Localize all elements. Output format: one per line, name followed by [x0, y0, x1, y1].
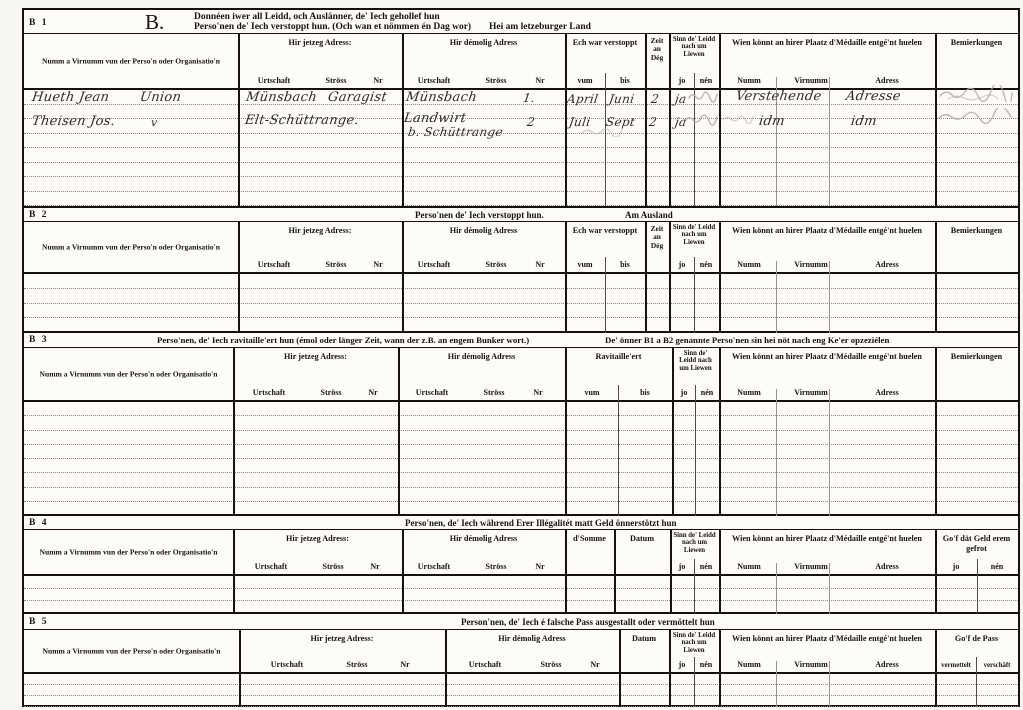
column-header-sinn: Sinn de' Leidd nach um Liewen	[672, 350, 719, 372]
section-title-right: Am Ausland	[625, 210, 673, 220]
handwriting-r2_name: Theisen Jos.	[31, 114, 116, 129]
section-b2: B 2 Perso'nen de' Iech verstoppt hun. Am…	[24, 206, 1018, 331]
column-divider	[445, 630, 447, 707]
column-divider	[776, 563, 777, 614]
table-row	[24, 459, 1018, 473]
column-header-name: Numm a Virnumm vun der Perso'n oder Orga…	[24, 547, 233, 557]
column-headers: Numm a Virnumm vun der Perso'n oder Orga…	[24, 34, 1018, 90]
table-row	[24, 163, 1018, 178]
sub-header-stross: Ströss	[471, 260, 521, 269]
column-header-wien: Wien könnt an hirer Plaatz d'Médaille en…	[719, 226, 935, 236]
column-header-datum: Datum	[614, 534, 670, 544]
section-b4: B 4 Perso'nen, de' Iech während Erer Ill…	[24, 514, 1018, 612]
column-divider	[565, 222, 567, 333]
table-row	[24, 192, 1018, 207]
column-divider	[565, 530, 567, 614]
column-header-sinn: Sinn de' Leidd nach um Liewen	[669, 36, 719, 58]
column-header-name: Numm a Virnumm vun der Perso'n oder Orga…	[24, 369, 233, 379]
table-row	[24, 304, 1018, 319]
sub-header-stross: Ströss	[332, 660, 382, 669]
column-header-demolig: Hir démolig Adress	[402, 534, 565, 544]
sub-header-nr: Nr	[350, 562, 400, 571]
table-row	[24, 134, 1018, 149]
sub-header-urtschaft: Urtschaft	[246, 562, 296, 571]
column-header-bem: Bemierkungen	[935, 38, 1018, 48]
column-divider	[776, 261, 777, 333]
sub-header-nen: nén	[972, 562, 1022, 571]
column-headers: Numm a Virnumm vun der Perso'n oder Orga…	[24, 630, 1018, 674]
sub-header-stross: Ströss	[471, 562, 521, 571]
column-header-demolig: Hir démolig Adress	[402, 38, 565, 48]
column-divider	[645, 34, 647, 206]
table-row	[24, 445, 1018, 459]
column-header-sinn: Sinn de' Leidd nach um Liewen	[670, 532, 719, 554]
column-header-bem: Bemierkungen	[935, 352, 1018, 362]
pencil-scribble	[722, 112, 754, 124]
column-divider	[672, 348, 674, 516]
column-header-zeit: ZeitanDég	[645, 225, 669, 250]
column-header-jetzeg: Hir jetzeg Adress:	[233, 352, 398, 362]
table-row	[24, 696, 1018, 707]
sub-header-nr: Nr	[515, 76, 565, 85]
pencil-scribble	[688, 89, 718, 103]
sub-header-nr: Nr	[348, 388, 398, 397]
sub-header-urtschaft: Urtschaft	[409, 260, 459, 269]
column-divider	[618, 385, 619, 516]
column-headers: Numm a Virnumm vun der Perso'n oder Orga…	[24, 222, 1018, 274]
section-title-line1: Perso'nen de' Iech verstoppt hun.	[415, 210, 544, 220]
section-b4-title-bar: B 4 Perso'nen, de' Iech während Erer Ill…	[24, 516, 1018, 530]
column-divider	[935, 530, 937, 614]
column-header-verstoppt: Ech war verstoppt	[565, 38, 645, 48]
sub-header-urtschaft: Urtschaft	[262, 660, 312, 669]
column-header-name: Numm a Virnumm vun der Perso'n oder Orga…	[24, 242, 238, 252]
column-header-verstoppt: Ech war verstoppt	[565, 226, 645, 236]
sub-header-stross: Ströss	[471, 76, 521, 85]
sub-header-verschaft: verschäft	[972, 662, 1022, 669]
section-big-letter: B.	[145, 10, 164, 35]
column-divider	[619, 630, 621, 707]
column-headers: Numm a Virnumm vun der Perso'n oder Orga…	[24, 530, 1018, 576]
column-divider	[719, 222, 721, 333]
column-divider	[402, 530, 404, 614]
column-divider	[238, 222, 240, 333]
column-divider	[719, 348, 721, 516]
column-divider	[719, 34, 721, 206]
section-title-line1: Perso'nen, de' Iech ravitaille'ert hun (…	[157, 335, 529, 345]
sub-header-numm: Numm	[724, 76, 774, 85]
section-title-line2: Perso'nen de' Iech verstoppt hun. (Och w…	[194, 22, 471, 32]
handwriting-r2_demolig_1: Landwirt	[403, 111, 467, 126]
handwriting-r2_jetzeg: Elt-Schüttrange.	[244, 113, 360, 128]
column-header-bem: Bemierkungen	[935, 226, 1018, 236]
sub-header-adress: Adress	[862, 660, 912, 669]
column-divider	[694, 257, 695, 333]
handwriting-r1_vum: April	[566, 92, 599, 106]
column-divider	[669, 222, 671, 333]
handwriting-r1_demolig: Münsbach	[405, 90, 478, 105]
sub-header-vum: vum	[567, 388, 617, 397]
column-header-demolig: Hir démolig Adress	[445, 634, 619, 644]
column-divider	[605, 73, 606, 206]
handwriting-r1_wien_adress: Adresse	[845, 89, 902, 104]
column-divider	[239, 630, 241, 707]
handwriting-r2_wien_adress: idm	[850, 114, 878, 129]
column-divider	[614, 530, 616, 614]
sub-header-urtschaft: Urtschaft	[409, 76, 459, 85]
section-b5: B 5 Person'nen, de' Iech é falsche Pass …	[24, 612, 1018, 705]
column-header-gof: Go'f dät Geld erem gefrot	[935, 534, 1018, 553]
handwriting-r1_wien_numm: Verstehende	[735, 89, 823, 104]
column-header-wien: Wien könnt an hirer Plaatz d'Médaille en…	[719, 352, 935, 362]
sub-header-urtschaft: Urtschaft	[244, 388, 294, 397]
section-tag: B 2	[29, 210, 48, 220]
section-title-line1: Person'nen, de' Iech é falsche Pass ausg…	[461, 617, 715, 627]
table-row	[24, 674, 1018, 685]
sub-header-nr: Nr	[515, 562, 565, 571]
table-row	[24, 685, 1018, 696]
sub-header-bis: bis	[600, 76, 650, 85]
section-tag: B 3	[29, 335, 48, 345]
sub-header-nr: Nr	[515, 260, 565, 269]
column-divider	[776, 389, 777, 516]
questionnaire-form-b: B 1 B. Donnéen iwer all Leidd, och Auslä…	[22, 8, 1020, 707]
column-divider	[565, 34, 567, 206]
column-header-datum: Datum	[619, 634, 669, 644]
entry-rows	[24, 90, 1018, 206]
sub-header-adress: Adress	[862, 388, 912, 397]
pencil-scribble	[684, 111, 718, 126]
column-divider	[402, 222, 404, 333]
sub-header-urtschaft: Urtschaft	[407, 388, 457, 397]
pencil-scribble	[936, 108, 1014, 124]
column-divider	[719, 530, 721, 614]
section-b2-title-bar: B 2 Perso'nen de' Iech verstoppt hun. Am…	[24, 208, 1018, 222]
column-header-wien: Wien könnt an hirer Plaatz d'Médaille en…	[719, 634, 935, 644]
column-divider	[669, 630, 671, 707]
section-tag: B 4	[29, 518, 48, 528]
column-divider	[935, 348, 937, 516]
column-header-wien: Wien könnt an hirer Plaatz d'Médaille en…	[719, 38, 935, 48]
column-headers: Numm a Virnumm vun der Perso'n oder Orga…	[24, 348, 1018, 402]
column-divider	[694, 559, 695, 614]
table-row	[24, 274, 1018, 289]
section-b3-title-bar: B 3 Perso'nen, de' Iech ravitaille'ert h…	[24, 333, 1018, 348]
sub-header-stross: Ströss	[469, 388, 519, 397]
sub-header-urtschaft: Urtschaft	[460, 660, 510, 669]
sub-header-numm: Numm	[724, 660, 774, 669]
column-divider	[670, 530, 672, 614]
column-divider	[829, 563, 830, 614]
table-row	[24, 416, 1018, 430]
sub-header-nr: Nr	[380, 660, 430, 669]
column-divider	[233, 348, 235, 516]
sub-header-numm: Numm	[724, 562, 774, 571]
column-divider	[645, 222, 647, 333]
sub-header-urtschaft: Urtschaft	[249, 76, 299, 85]
column-divider	[238, 34, 240, 206]
column-header-jetzeg: Hir jetzeg Adress:	[233, 534, 402, 544]
column-divider	[829, 661, 830, 707]
column-header-sinn: Sinn de' Leidd nach um Liewen	[669, 632, 719, 654]
column-divider	[719, 630, 721, 707]
column-divider	[605, 257, 606, 333]
table-row	[24, 576, 1018, 589]
column-divider	[977, 559, 978, 614]
sub-header-urtschaft: Urtschaft	[249, 260, 299, 269]
sub-header-adress: Adress	[862, 562, 912, 571]
handwriting-r2_bis: Sept	[605, 115, 636, 129]
section-b5-title-bar: B 5 Person'nen, de' Iech é falsche Pass …	[24, 614, 1018, 630]
table-row	[24, 402, 1018, 416]
column-divider	[694, 657, 695, 707]
sub-header-nr: Nr	[353, 76, 403, 85]
section-tag: B 1	[29, 18, 48, 28]
handwriting-r2_demolig_2: b. Schüttrange	[407, 125, 504, 139]
column-divider	[776, 661, 777, 707]
table-row	[24, 589, 1018, 602]
sub-header-nr: Nr	[353, 260, 403, 269]
handwriting-r1_bis: Juni	[608, 92, 635, 106]
entry-rows	[24, 674, 1018, 707]
column-divider	[565, 348, 567, 516]
pencil-scribble	[938, 85, 1014, 102]
column-header-jetzeg: Hir jetzeg Adress:	[239, 634, 445, 644]
column-header-demolig: Hir démolig Adress	[398, 352, 565, 362]
column-header-pass: Go'f de Pass	[935, 634, 1018, 644]
section-b1-title-bar: B 1 B. Donnéen iwer all Leidd, och Auslä…	[24, 10, 1018, 34]
column-divider	[829, 389, 830, 516]
column-divider	[233, 530, 235, 614]
table-row	[24, 148, 1018, 163]
sub-header-urtschaft: Urtschaft	[409, 562, 459, 571]
table-row	[24, 289, 1018, 304]
sub-header-adress: Adress	[862, 76, 912, 85]
sub-header-nr: Nr	[570, 660, 620, 669]
sub-header-bis: bis	[600, 260, 650, 269]
section-title-line1: Donnéen iwer all Leidd, och Auslänner, d…	[194, 12, 440, 22]
sub-header-nr: Nr	[513, 388, 563, 397]
column-divider	[695, 385, 696, 516]
section-b1: B 1 B. Donnéen iwer all Leidd, och Auslä…	[24, 10, 1018, 206]
column-divider	[935, 222, 937, 333]
column-divider	[935, 630, 937, 707]
table-row	[24, 177, 1018, 192]
handwriting-r1_org: Union	[139, 90, 182, 105]
handwriting-r1_jo: ja	[674, 92, 687, 106]
handwriting-r1_jetzeg_urtschaft: Münsbach	[245, 90, 318, 105]
handwriting-r2_org: v	[150, 116, 158, 129]
sub-header-stross: Ströss	[526, 660, 576, 669]
handwriting-r2_vum: Juli	[568, 115, 591, 129]
column-divider	[829, 261, 830, 333]
column-header-wien: Wien könnt an hirer Plaatz d'Médaille en…	[719, 534, 935, 544]
section-title-line1: Perso'nen, de' Iech während Erer Illégal…	[405, 518, 676, 528]
column-header-name: Numm a Virnumm vun der Perso'n oder Orga…	[24, 646, 239, 656]
column-divider	[976, 657, 977, 707]
section-b3: B 3 Perso'nen, de' Iech ravitaille'ert h…	[24, 331, 1018, 514]
column-header-ravit: Ravitaille'ert	[565, 352, 672, 362]
column-divider	[829, 77, 830, 206]
column-header-name: Numm a Virnumm vun der Perso'n oder Orga…	[24, 56, 238, 66]
column-header-somme: d'Somme	[565, 534, 614, 544]
table-row	[24, 488, 1018, 502]
sub-header-adress: Adress	[862, 260, 912, 269]
column-header-zeit: ZeitanDég	[645, 37, 669, 62]
column-header-demolig: Hir démolig Adress	[402, 226, 565, 236]
column-header-sinn: Sinn de' Leidd nach um Liewen	[669, 224, 719, 246]
entry-rows	[24, 576, 1018, 614]
table-row	[24, 431, 1018, 445]
handwriting-r1_jetzeg_stross: Garagist	[327, 90, 388, 105]
handwriting-r1_name: Hueth Jean	[31, 90, 110, 105]
column-divider	[669, 34, 671, 206]
sub-header-numm: Numm	[724, 260, 774, 269]
section-title-right: De' önner B1 a B2 genannte Perso'nen sin…	[605, 335, 889, 345]
column-divider	[398, 348, 400, 516]
entry-rows	[24, 402, 1018, 516]
column-header-jetzeg: Hir jetzeg Adress:	[238, 38, 402, 48]
entry-rows	[24, 274, 1018, 333]
table-row	[24, 473, 1018, 487]
handwriting-r2_jo: ja	[674, 115, 687, 129]
handwriting-r2_wien_numm: idm	[758, 114, 786, 129]
column-header-jetzeg: Hir jetzeg Adress:	[238, 226, 402, 236]
sub-header-numm: Numm	[724, 388, 774, 397]
section-title-right: Hei am letzeburger Land	[489, 22, 591, 32]
handwriting-r1_nr: 1.	[522, 91, 536, 105]
section-tag: B 5	[29, 617, 48, 627]
